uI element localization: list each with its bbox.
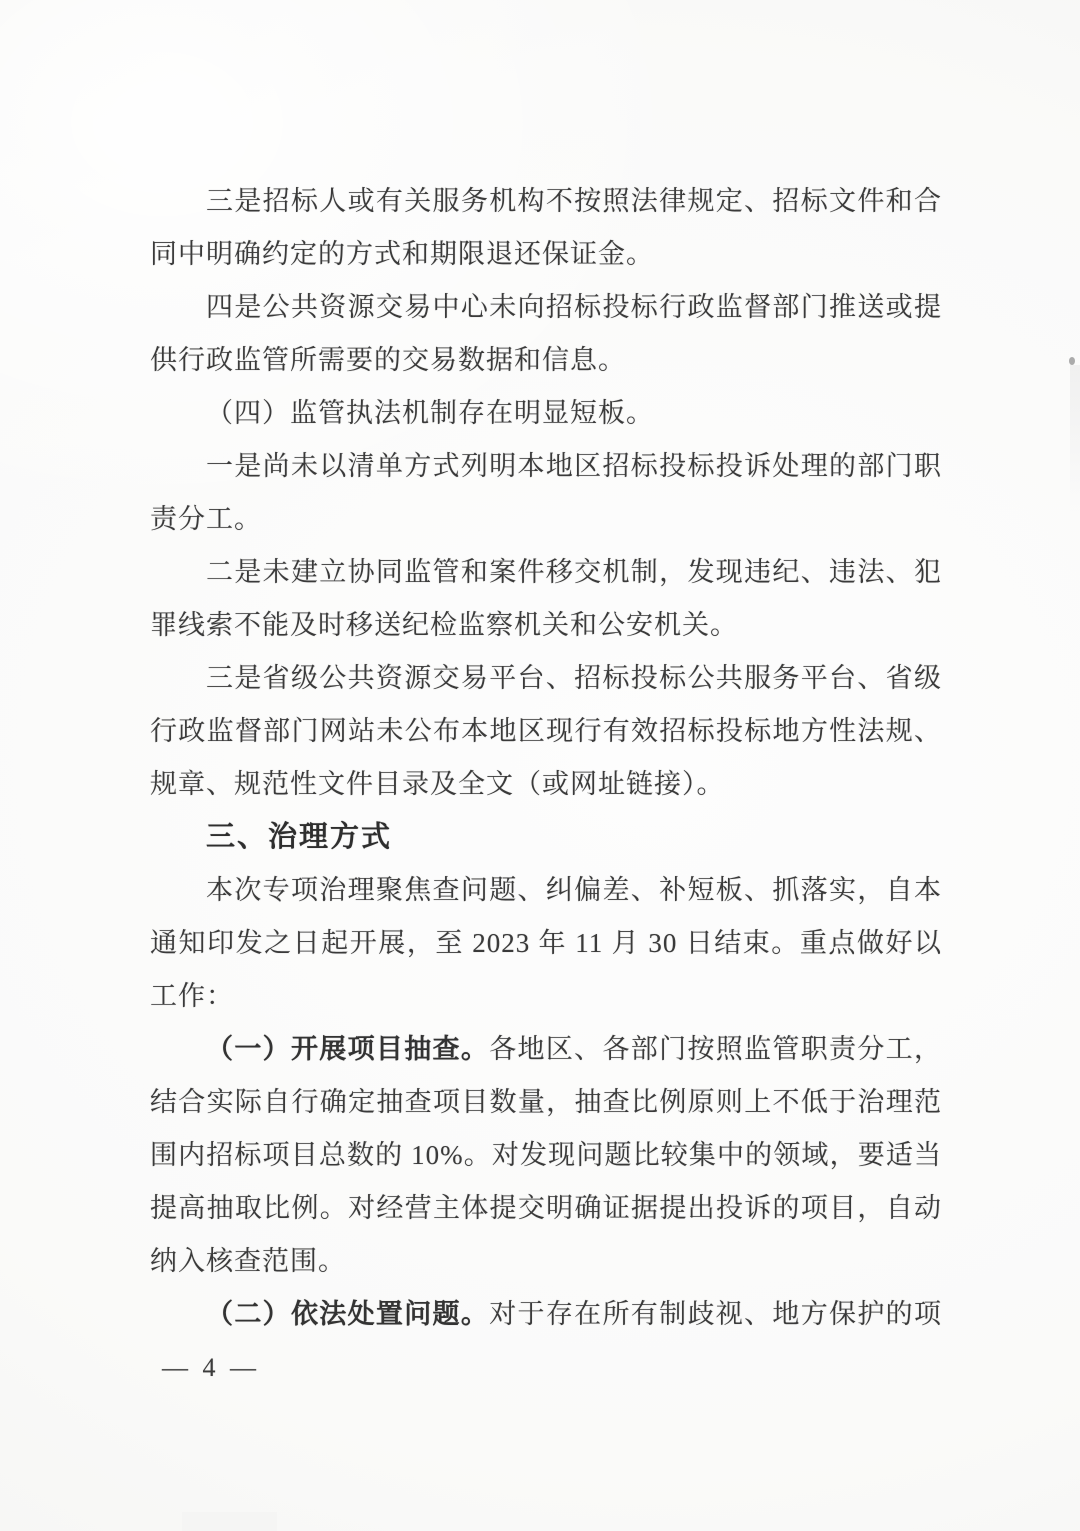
- paragraph-line: 三是招标人或有关服务机构不按照法律规定、招标文件和合: [150, 175, 942, 228]
- paragraph-line: 本次专项治理聚焦查问题、纠偏差、补短板、抓落实，自本: [150, 864, 942, 917]
- paragraph-line: 同中明确约定的方式和期限退还保证金。: [150, 228, 942, 281]
- paragraph-line: 纳入核查范围。: [150, 1235, 942, 1288]
- paragraph-text: 对于存在所有制歧视、地方保护的项: [489, 1299, 942, 1329]
- scan-edge-smear-artifact: [1070, 365, 1080, 515]
- subsection-heading-lawful-handling: （二）依法处置问题。: [206, 1299, 489, 1329]
- document-body: 三是招标人或有关服务机构不按照法律规定、招标文件和合 同中明确约定的方式和期限退…: [150, 175, 942, 1341]
- paragraph-line: 四是公共资源交易中心未向招标投标行政监督部门推送或提: [150, 281, 942, 334]
- page-number: — 4 —: [162, 1341, 260, 1394]
- paragraph-line: 三是省级公共资源交易平台、招标投标公共服务平台、省级: [150, 652, 942, 705]
- scan-speck-artifact: [1069, 357, 1075, 365]
- paragraph-line: 罪线索不能及时移送纪检监察机关和公安机关。: [150, 599, 942, 652]
- paragraph-line: （一）开展项目抽查。各地区、各部门按照监管职责分工，: [150, 1023, 942, 1076]
- paragraph-text: 各地区、各部门按照监管职责分工，: [489, 1034, 942, 1064]
- paragraph-line: 提高抽取比例。对经营主体提交明确证据提出投诉的项目，自动: [150, 1182, 942, 1235]
- paragraph-line: 二是未建立协同监管和案件移交机制，发现违纪、违法、犯: [150, 546, 942, 599]
- paragraph-line: 通知印发之日起开展，至 2023 年 11 月 30 日结束。重点做好以下: [150, 917, 942, 970]
- subsection-heading-project-sampling: （一）开展项目抽查。: [206, 1034, 489, 1064]
- section-heading-governance-method: 三、治理方式: [150, 811, 942, 864]
- paragraph-line: 规章、规范性文件目录及全文（或网址链接）。: [150, 758, 942, 811]
- document-page: 三是招标人或有关服务机构不按照法律规定、招标文件和合 同中明确约定的方式和期限退…: [0, 0, 1080, 1531]
- paragraph-line: 结合实际自行确定抽查项目数量，抽查比例原则上不低于治理范: [150, 1076, 942, 1129]
- paragraph-line: 责分工。: [150, 493, 942, 546]
- paragraph-line: （二）依法处置问题。对于存在所有制歧视、地方保护的项: [150, 1288, 942, 1341]
- paragraph-line: 一是尚未以清单方式列明本地区招标投标投诉处理的部门职: [150, 440, 942, 493]
- paragraph-line: 行政监督部门网站未公布本地区现行有效招标投标地方性法规、: [150, 705, 942, 758]
- paragraph-line: 供行政监管所需要的交易数据和信息。: [150, 334, 942, 387]
- paragraph-line: 工作：: [150, 970, 942, 1023]
- subsection-heading-four: （四）监管执法机制存在明显短板。: [150, 387, 942, 440]
- paragraph-line: 围内招标项目总数的 10%。对发现问题比较集中的领域，要适当: [150, 1129, 942, 1182]
- scan-bottom-patch-artifact: [182, 1512, 277, 1531]
